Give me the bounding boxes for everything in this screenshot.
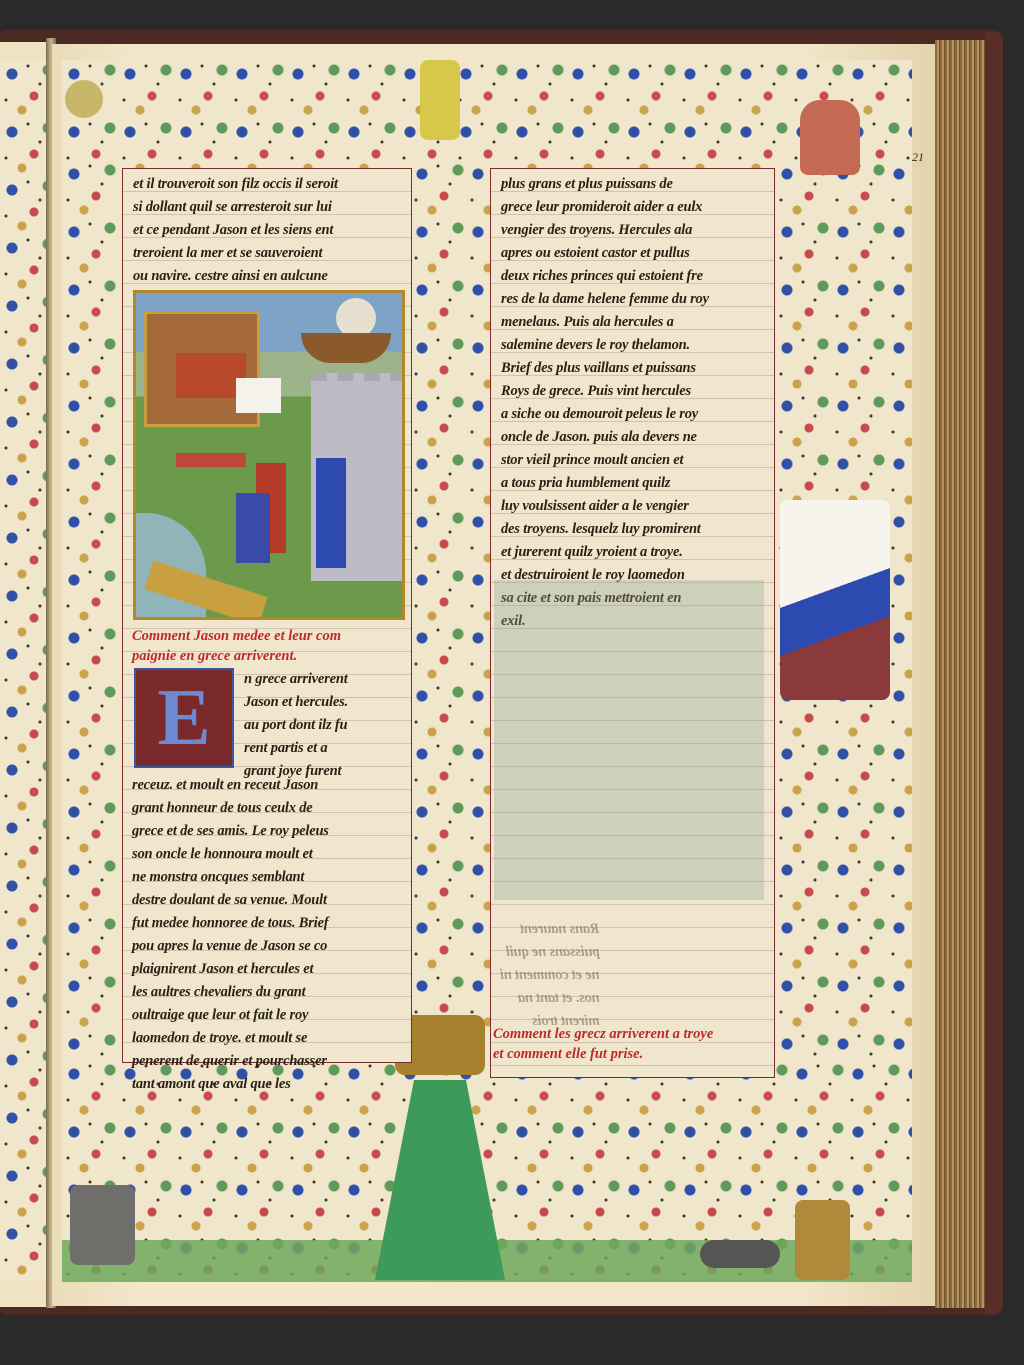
text-line: n grece arriverent — [244, 668, 348, 691]
text-line: plaignirent Jason et hercules et — [132, 958, 329, 981]
text-line: fut medee honnoree de tous. Brief — [132, 912, 329, 935]
text-line: oultraige que leur ot fait le roy — [132, 1004, 329, 1027]
text-line: oncle de Jason. puis ala devers ne — [501, 426, 766, 449]
text-line: salemine devers le roy thelamon. — [501, 334, 766, 357]
text-line: grant honneur de tous ceulx de — [132, 797, 329, 820]
text-line: menelaus. Puis ala hercules a — [501, 311, 766, 334]
text-line: si dollant quil se arresteroit sur lui — [133, 196, 403, 219]
birds-figure-icon — [700, 1240, 780, 1268]
book-binding — [985, 32, 1003, 1314]
text-line: treroient la mer et se sauveroient — [133, 242, 403, 265]
text-line: destre doulant de sa venue. Moult — [132, 889, 329, 912]
rubric-line: et comment elle fut prise. — [493, 1044, 713, 1064]
text-line: les aultres chevaliers du grant — [132, 981, 329, 1004]
intercolumn-border-decoration — [410, 160, 490, 1075]
decorated-initial: E — [134, 668, 234, 768]
text-line: et il trouveroit son filz occis il seroi… — [133, 173, 403, 196]
ship-icon — [301, 333, 391, 363]
initial-letter: E — [157, 678, 210, 758]
text-line: a siche ou demouroit peleus le roy — [501, 403, 766, 426]
text-line: Rans naurent — [500, 918, 600, 941]
text-line: luy voulsissent aider a le vengier — [501, 495, 766, 518]
text-line: Brief des plus vaillans et puissans — [501, 357, 766, 380]
text-line: vengier des troyens. Hercules ala — [501, 219, 766, 242]
rubric-line: Comment les grecz arriverent a troye — [493, 1024, 713, 1044]
miniature-painting — [133, 290, 405, 620]
white-horse-icon — [236, 378, 281, 413]
lady-with-mirror-figure-icon — [800, 100, 860, 175]
right-rubric: Comment les grecz arriverent a troye et … — [493, 1024, 713, 1064]
text-line: Jason et hercules. — [244, 691, 348, 714]
text-line: ne monstra oncques semblant — [132, 866, 329, 889]
banner-icon — [176, 453, 246, 467]
text-line: grece leur promideroit aider a eulx — [501, 196, 766, 219]
snail-figure-icon — [65, 80, 103, 118]
text-line: res de la dame helene femme du roy — [501, 288, 766, 311]
top-border-decoration — [62, 60, 912, 170]
text-line: Roys de grece. Puis vint hercules — [501, 380, 766, 403]
text-line: des troyens. lesquelz luy promirent — [501, 518, 766, 541]
text-line: stor vieil prince moult ancien et — [501, 449, 766, 472]
rubric-line: paignie en grece arriverent. — [132, 646, 341, 666]
text-line: tant amont que aval que les — [132, 1073, 329, 1096]
text-line: puissans ne quil — [500, 941, 600, 964]
dog-on-chair-figure-icon — [795, 1200, 850, 1280]
left-column-body-text: receuz. et moult en receut Jason grant h… — [132, 774, 329, 1096]
show-through-miniature — [494, 580, 764, 900]
text-line: grece et de ses amis. Le roy peleus — [132, 820, 329, 843]
text-line: et jurerent quilz yroient a troye. — [501, 541, 766, 564]
text-line: ou navire. cestre ainsi en aulcune — [133, 265, 403, 288]
text-line: son oncle le honnoura moult et — [132, 843, 329, 866]
page-fore-edge — [935, 40, 985, 1308]
text-line: au port dont ilz fu — [244, 714, 348, 737]
man-with-horse-figure-icon — [780, 500, 890, 700]
rubric-line: Comment Jason medee et leur com — [132, 626, 341, 646]
left-border-decoration — [62, 160, 122, 1075]
sail-icon — [336, 298, 376, 338]
text-line: pou apres la venue de Jason se co — [132, 935, 329, 958]
text-line: receuz. et moult en receut Jason — [132, 774, 329, 797]
text-line: apres ou estoient castor et pullus — [501, 242, 766, 265]
text-line: nos. et tant na — [500, 987, 600, 1010]
left-rubric: Comment Jason medee et leur com paignie … — [132, 626, 341, 666]
text-line: rent partis et a — [244, 737, 348, 760]
text-line: deux riches princes qui estoient fre — [501, 265, 766, 288]
text-line: laomedon de troye. et moult se — [132, 1027, 329, 1050]
show-through-text: Rans naurent puissans ne quil ne et comm… — [500, 918, 600, 1033]
text-beside-initial: n grece arriverent Jason et hercules. au… — [244, 668, 348, 783]
text-line: penerent de querir et pourchasser — [132, 1050, 329, 1073]
facing-page-border — [0, 60, 46, 1280]
right-column-text: plus grans et plus puissans de grece leu… — [491, 169, 774, 633]
text-line: a tous pria humblement quilz — [501, 472, 766, 495]
jason-figure-icon — [236, 493, 270, 563]
jester-figure-icon — [420, 60, 460, 140]
text-line: ne et comment ni — [500, 964, 600, 987]
text-line: et ce pendant Jason et les siens ent — [133, 219, 403, 242]
text-line: plus grans et plus puissans de — [501, 173, 766, 196]
king-pelias-figure-icon — [316, 458, 346, 568]
folio-number: 21 — [912, 150, 924, 165]
monkey-figure-icon — [70, 1185, 135, 1265]
